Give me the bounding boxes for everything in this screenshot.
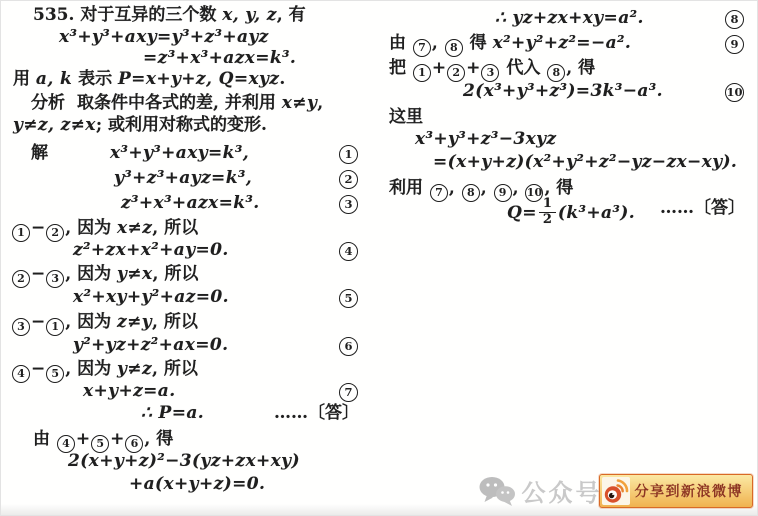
body-text: 用 bbox=[13, 69, 36, 89]
math-text: x²+xy+y²+az=0. bbox=[73, 287, 229, 307]
circled-number: 5 bbox=[91, 435, 109, 453]
text-line: 2(x³+y³+z³)=3k³−a³.10 bbox=[387, 81, 747, 102]
body-text: 代入 bbox=[500, 58, 546, 78]
text-line: 解x³+y³+axy=k³,1 bbox=[11, 143, 361, 164]
weibo-share-badge[interactable]: 分享到新浪微博 bbox=[599, 474, 754, 508]
weibo-icon bbox=[602, 477, 630, 505]
body-text: − bbox=[31, 359, 45, 379]
equation-number: 2 bbox=[339, 170, 358, 189]
body-text: , bbox=[481, 178, 493, 198]
body-text: 对于互异的三个数 bbox=[74, 5, 222, 25]
math-text: y≠z, z≠x bbox=[13, 115, 96, 135]
math-text: x²+y²+z²=−a². bbox=[493, 33, 632, 53]
circled-number: 8 bbox=[445, 39, 463, 57]
equation-number: 9 bbox=[725, 35, 744, 54]
equation-number: 4 bbox=[339, 242, 358, 261]
text-line: x+y+z=a.7 bbox=[11, 381, 361, 402]
body-text: ; 或利用对称式的变形. bbox=[96, 115, 267, 135]
math-text: P=x+y+z, Q=xyz bbox=[118, 69, 279, 89]
math-text: z≠y bbox=[117, 312, 152, 332]
math-text: Q= bbox=[507, 203, 537, 223]
circled-number: 4 bbox=[12, 365, 30, 383]
text-line: 535. 对于互异的三个数 x, y, z, 有 bbox=[11, 5, 361, 26]
body-text: 解 bbox=[31, 143, 48, 163]
body-text: + bbox=[110, 429, 124, 449]
text-line: y²+yz+z²+ax=0.6 bbox=[11, 335, 361, 356]
text-line: x²+xy+y²+az=0.5 bbox=[11, 287, 361, 308]
body-text: + bbox=[432, 58, 446, 78]
body-text: , bbox=[449, 178, 461, 198]
text-line: +a(x+y+z)=0. bbox=[11, 474, 361, 495]
text-line: Q=12(k³+a³).……〔答〕 bbox=[387, 198, 747, 229]
right-column: ∴ yz+zx+xy=a².8由 7, 8 得 x²+y²+z²=−a².9把 … bbox=[387, 1, 747, 515]
text-line: 2−3, 因为 y≠x, 所以 bbox=[11, 264, 361, 288]
text-line: y³+z³+ayz=k³,2 bbox=[11, 168, 361, 189]
text-line: x³+y³+axy=y³+z³+ayz bbox=[11, 27, 361, 48]
body-text: , 所以 bbox=[152, 359, 198, 379]
body-text: , 因为 bbox=[65, 218, 117, 238]
body-text: − bbox=[31, 312, 45, 332]
circled-number: 2 bbox=[46, 224, 64, 242]
math-text: x≠y bbox=[282, 93, 317, 113]
equation-number: 10 bbox=[725, 83, 744, 102]
math-text: x³+y³+z³−3xyz bbox=[415, 129, 556, 149]
equation-number: 7 bbox=[339, 383, 358, 402]
answer-marker: ……〔答〕 bbox=[660, 198, 745, 219]
body-text: 分析 bbox=[31, 93, 65, 113]
text-line: ∴ yz+zx+xy=a².8 bbox=[387, 8, 747, 29]
text-line: 用 a, k 表示 P=x+y+z, Q=xyz. bbox=[11, 69, 361, 90]
body-text: 由 bbox=[33, 429, 56, 449]
body-text: 表示 bbox=[72, 69, 118, 89]
textbook-page: 535. 对于互异的三个数 x, y, z, 有x³+y³+axy=y³+z³+… bbox=[0, 0, 758, 516]
math-text: x³+y³+axy=k³, bbox=[110, 143, 249, 163]
circled-number: 2 bbox=[447, 64, 465, 82]
text-line: 4−5, 因为 y≠z, 所以 bbox=[11, 359, 361, 383]
text-line: 这里 bbox=[387, 107, 747, 128]
body-text: , 因为 bbox=[65, 264, 117, 284]
body-text: , bbox=[317, 93, 323, 113]
body-text: , 有 bbox=[277, 5, 306, 25]
math-text: y²+yz+z²+ax=0. bbox=[73, 335, 228, 355]
body-text: 把 bbox=[389, 58, 412, 78]
body-text: , 因为 bbox=[65, 359, 117, 379]
math-text: x, y, z bbox=[222, 5, 277, 25]
body-text: 由 bbox=[389, 33, 412, 53]
text-line: 由 4+5+6, 得 bbox=[11, 429, 361, 453]
circled-number: 2 bbox=[12, 270, 30, 288]
body-text: + bbox=[466, 58, 480, 78]
body-text: . bbox=[279, 69, 285, 89]
math-text: 2(x³+y³+z³)=3k³−a³. bbox=[463, 81, 663, 101]
text-line: x³+y³+z³−3xyz bbox=[387, 129, 747, 150]
watermark: 公众号 分享到新浪微博 bbox=[478, 473, 754, 508]
equation-number: 3 bbox=[339, 195, 358, 214]
circled-number: 1 bbox=[12, 224, 30, 242]
math-text: z²+zx+x²+ay=0. bbox=[73, 240, 229, 260]
text-line: 1−2, 因为 x≠z, 所以 bbox=[11, 218, 361, 242]
equation-number: 8 bbox=[725, 10, 744, 29]
text-line: ∴ P=a.……〔答〕 bbox=[11, 403, 361, 424]
math-text: ∴ yz+zx+xy=a². bbox=[495, 8, 644, 28]
body-text: , bbox=[513, 178, 525, 198]
wechat-icon bbox=[478, 475, 516, 507]
math-text: x+y+z=a. bbox=[83, 381, 176, 401]
circled-number: 8 bbox=[547, 64, 565, 82]
math-text: y≠z bbox=[117, 359, 152, 379]
body-text: 535. bbox=[33, 5, 74, 25]
text-line: 分析取条件中各式的差, 并利用 x≠y, bbox=[11, 93, 361, 114]
body-text: , 因为 bbox=[65, 312, 117, 332]
wechat-label: 公众号 bbox=[522, 473, 603, 508]
text-line: =z³+x³+azx=k³. bbox=[11, 48, 361, 69]
body-text: , bbox=[432, 33, 444, 53]
math-text: 2(x+y+z)²−3(yz+zx+xy) bbox=[68, 451, 300, 471]
text-line: y≠z, z≠x; 或利用对称式的变形. bbox=[11, 115, 361, 136]
body-text: 这里 bbox=[389, 107, 423, 127]
body-text: , 所以 bbox=[152, 264, 198, 284]
equation-number: 1 bbox=[339, 145, 358, 164]
math-text: (k³+a³). bbox=[558, 203, 635, 223]
body-text: 利用 bbox=[389, 178, 429, 198]
body-text: , 所以 bbox=[152, 218, 198, 238]
circled-number: 1 bbox=[46, 318, 64, 336]
math-text: +a(x+y+z)=0. bbox=[129, 474, 265, 494]
math-text: y³+z³+ayz=k³, bbox=[114, 168, 252, 188]
body-text: 得 bbox=[464, 33, 493, 53]
fraction: 12 bbox=[539, 197, 556, 228]
circled-number: 1 bbox=[413, 64, 431, 82]
body-text: , 得 bbox=[566, 58, 595, 78]
left-column: 535. 对于互异的三个数 x, y, z, 有x³+y³+axy=y³+z³+… bbox=[11, 1, 361, 515]
math-text: ∴ P=a. bbox=[141, 403, 204, 423]
equation-number: 6 bbox=[339, 337, 358, 356]
body-text: − bbox=[31, 218, 45, 238]
body-text: , 所以 bbox=[152, 312, 198, 332]
text-line: =(x+y+z)(x²+y²+z²−yz−zx−xy). bbox=[387, 152, 747, 173]
weibo-label: 分享到新浪微博 bbox=[635, 481, 744, 501]
circled-number: 6 bbox=[125, 435, 143, 453]
math-text: a, k bbox=[36, 69, 72, 89]
text-line: 由 7, 8 得 x²+y²+z²=−a².9 bbox=[387, 33, 747, 57]
body-text: , 得 bbox=[544, 178, 573, 198]
math-text: x≠z bbox=[117, 218, 152, 238]
circled-number: 7 bbox=[413, 39, 431, 57]
math-text: y≠x bbox=[117, 264, 152, 284]
math-text: z³+x³+azx=k³. bbox=[121, 193, 260, 213]
body-text: − bbox=[31, 264, 45, 284]
text-line: z³+x³+azx=k³.3 bbox=[11, 193, 361, 214]
text-line: 把 1+2+3 代入 8, 得 bbox=[387, 58, 747, 82]
circled-number: 3 bbox=[46, 270, 64, 288]
body-text: , 得 bbox=[144, 429, 173, 449]
math-text: x³+y³+axy=y³+z³+ayz bbox=[59, 27, 269, 47]
circled-number: 5 bbox=[46, 365, 64, 383]
equation-number: 5 bbox=[339, 289, 358, 308]
circled-number: 4 bbox=[57, 435, 75, 453]
text-line: 2(x+y+z)²−3(yz+zx+xy) bbox=[11, 451, 361, 472]
body-text: 取条件中各式的差, 并利用 bbox=[77, 93, 282, 113]
body-text: + bbox=[76, 429, 90, 449]
math-text: =z³+x³+azx=k³. bbox=[143, 48, 296, 68]
circled-number: 3 bbox=[12, 318, 30, 336]
text-line: 3−1, 因为 z≠y, 所以 bbox=[11, 312, 361, 336]
math-text: =(x+y+z)(x²+y²+z²−yz−zx−xy). bbox=[433, 152, 737, 172]
answer-marker: ……〔答〕 bbox=[274, 403, 359, 424]
circled-number: 3 bbox=[481, 64, 499, 82]
text-line: z²+zx+x²+ay=0.4 bbox=[11, 240, 361, 261]
